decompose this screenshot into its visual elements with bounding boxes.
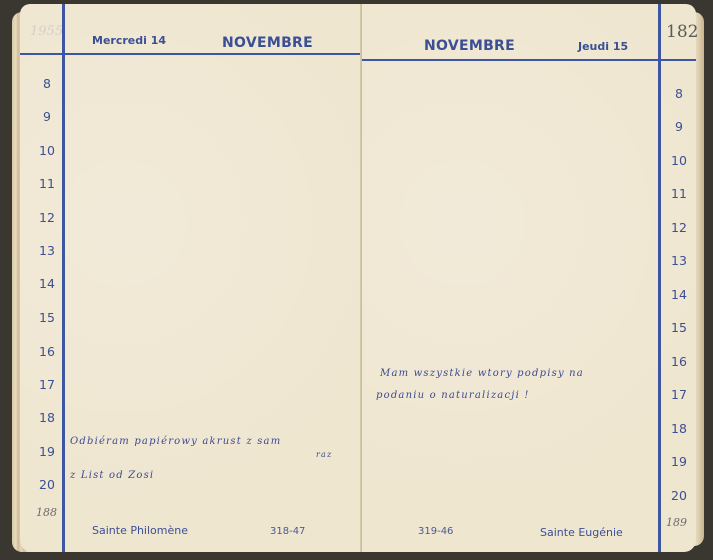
- right-header-rule: [362, 59, 696, 61]
- hour-label: 9: [668, 119, 690, 134]
- right-corner-page-mark: 182: [666, 22, 698, 42]
- hour-label: 16: [36, 344, 58, 359]
- left-day-label: Mercredi 14: [92, 34, 166, 47]
- hour-label: 14: [36, 276, 58, 291]
- hour-label: 11: [36, 176, 58, 191]
- handwriting-line: z List od Zosi: [70, 470, 154, 481]
- handwriting-line: podaniu o naturalizacji !: [376, 390, 530, 401]
- hour-label: 15: [36, 310, 58, 325]
- hour-label: 8: [668, 86, 690, 101]
- left-day-of-year: 318-47: [270, 526, 305, 537]
- right-weekday: Jeudi: [578, 40, 609, 53]
- right-day-of-year: 319-46: [418, 526, 453, 537]
- right-page: NOVEMBRE Jeudi 15 182 8 9 10 11 12 13 14…: [362, 4, 696, 552]
- handwriting-superscript: raz: [316, 450, 332, 459]
- hour-label: 13: [668, 253, 690, 268]
- right-saint-name: Sainte Eugénie: [540, 526, 623, 539]
- left-saint-name: Sainte Philomène: [92, 524, 188, 537]
- right-margin-line: [658, 4, 661, 552]
- hour-label: 17: [668, 387, 690, 402]
- left-margin-line: [62, 4, 65, 552]
- hour-label: 18: [36, 410, 58, 425]
- left-month-title: NOVEMBRE: [222, 35, 313, 51]
- hour-label: 10: [36, 143, 58, 158]
- hour-label: 13: [36, 243, 58, 258]
- hour-label: 16: [668, 354, 690, 369]
- right-day-number: 15: [613, 40, 628, 53]
- left-corner-mark: 1955: [30, 24, 63, 39]
- hour-label: 11: [668, 186, 690, 201]
- left-day-number: 14: [151, 34, 166, 47]
- hour-label: 20: [668, 488, 690, 503]
- left-header-rule: [20, 53, 362, 55]
- right-day-label: Jeudi 15: [578, 40, 628, 53]
- hour-label: 12: [668, 220, 690, 235]
- right-page-number: 189: [666, 516, 687, 529]
- hour-label: 17: [36, 377, 58, 392]
- hour-label: 19: [668, 454, 690, 469]
- right-month-title: NOVEMBRE: [424, 38, 515, 54]
- hour-label: 9: [36, 109, 58, 124]
- handwriting-line: Odbiéram papiérowy akrust z sam: [70, 436, 281, 447]
- left-page-number: 188: [36, 506, 57, 519]
- hour-label: 14: [668, 287, 690, 302]
- hour-label: 8: [36, 76, 58, 91]
- left-page: 1955 Mercredi 14 NOVEMBRE 8 9 10 11 12 1…: [20, 4, 362, 552]
- hour-label: 19: [36, 444, 58, 459]
- left-weekday: Mercredi: [92, 34, 147, 47]
- hour-label: 15: [668, 320, 690, 335]
- hour-label: 20: [36, 477, 58, 492]
- handwriting-line: Mam wszystkie wtory podpisy na: [380, 368, 584, 379]
- hour-label: 10: [668, 153, 690, 168]
- hour-label: 12: [36, 210, 58, 225]
- open-diary: 1955 Mercredi 14 NOVEMBRE 8 9 10 11 12 1…: [8, 4, 704, 556]
- hour-label: 18: [668, 421, 690, 436]
